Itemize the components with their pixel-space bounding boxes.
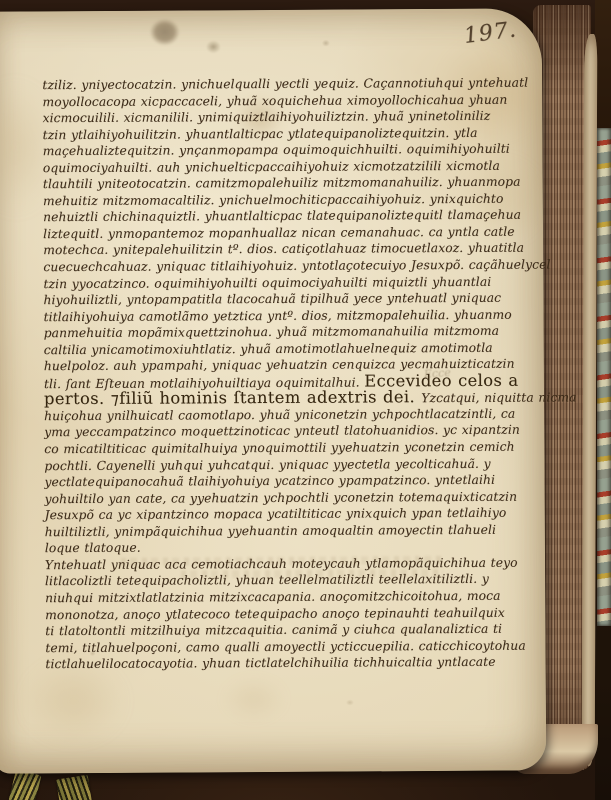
text-segment: tzin yyocatzinco. oquimihiyohuilti oquim…	[43, 274, 491, 290]
text-segment: Jesuxpõ ca yc xipantzinco mopaca ycatilt…	[45, 506, 507, 522]
text-segment: pochtli. Cayenelli yuhqui yuhcatqui. yni…	[44, 456, 490, 472]
text-segment: loque tlatoque.	[45, 541, 141, 556]
manuscript-line: niuhqui mitzixtlatlatzinia mitzixcacapan…	[45, 588, 485, 607]
manuscript-line: tictlahuelilocatocayotia. yhuan tictlate…	[45, 654, 485, 673]
manuscript-line: co micatiltiticac quimitalhuiya ynoquimo…	[44, 439, 484, 458]
text-segment: co micatiltiticac quimitalhuiya ynoquimo…	[44, 440, 514, 456]
text-segment: moyollocacopa xicpaccaceli, yhuã xoquich…	[42, 92, 507, 108]
manuscript-line: hiyohuiliztli, yntopampatitla tlacocahuã…	[43, 290, 483, 309]
text-segment: niuhqui mitzixtlatlatzinia mitzixcacapan…	[45, 589, 501, 605]
manuscript-line: xicmocuilili. xicmanilili. ynimiquiztlai…	[43, 108, 483, 127]
text-segment: tlauhtili yniteotocatzin. camitzmopalehu…	[43, 175, 521, 192]
text-segment: maçehualiztequitzin. ynçanmopampa oquimo…	[43, 142, 510, 158]
text-segment: xicmocuilili. xicmanilili. ynimiquiztlai…	[43, 109, 491, 125]
text-segment: yma yeccampatzinco moquettzinoticac ynte…	[44, 423, 520, 439]
text-segment: yectlatequipanocahuã tlaihiyohuiya ycatz…	[44, 473, 495, 489]
stain	[322, 40, 330, 47]
manuscript-line: panmehuitia mopãmixquettzinohua. yhuã mi…	[44, 323, 484, 342]
text-block: tziliz. yniyectocatzin. ynichuelqualli y…	[42, 75, 485, 673]
speck	[346, 699, 354, 705]
text-segment: mononotza, anoço ytlatecoco tetequipacho…	[45, 605, 505, 621]
text-segment: caltilia ynicamotimoxiuhtlatiz. yhuã amo…	[44, 341, 493, 357]
text-segment: yohuiltilo yan cate, ca yyehuatzin ychpo…	[45, 489, 518, 505]
stain	[150, 19, 180, 46]
marbled-paper-strip	[597, 128, 611, 626]
text-segment: litlacoliztli tetequipacholiztli, yhuan …	[45, 572, 489, 588]
text-segment: hiyohuiliztli, yntopampatitla tlacocahuã…	[43, 291, 501, 307]
text-segment: tzin ytlaihiyohuilitzin. yhuantlalticpac…	[43, 126, 478, 142]
manuscript-line: tlauhtili yniteotocatzin. camitzmopalehu…	[43, 174, 483, 193]
photograph-of-open-book: 197. tziliz. yniyectocatzin. ynichuelqua…	[0, 0, 611, 800]
stain	[222, 678, 286, 720]
text-segment: huiçohua ynilhuicatl caomotlapo. yhuã yn…	[44, 407, 515, 423]
manuscript-line: huiltiliztli, ynimpãquichihua yyehuantin…	[45, 522, 485, 541]
text-segment: cuecuechcahuaz. yniquac titlaihiyohuiz. …	[43, 258, 550, 275]
text-segment: motechca. ynitepalehuilitzin tº. dios. c…	[43, 241, 524, 258]
text-segment: mehuitiz mitzmomacaltiliz. ynichuelmochi…	[43, 192, 504, 208]
text-segment: Yzcatqui, niquitta nicma	[421, 391, 576, 406]
manuscript-line: ti tlatoltontli mitzilhuiya mitzcaquitia…	[45, 621, 485, 640]
manuscript-line: Jesuxpõ ca yc xipantzinco mopaca ycatilt…	[45, 505, 485, 524]
text-segment: huiltiliztli, ynimpãquichihua yyehuantin…	[45, 523, 496, 539]
bookmark-ribbon	[9, 769, 42, 800]
manuscript-line: tziliz. yniyectocatzin. ynichuelqualli y…	[42, 75, 482, 94]
page-edge-sliver	[582, 34, 598, 766]
text-segment: temi, titlahuelpoçoni, camo qualli amoye…	[45, 638, 525, 655]
text-segment: Yntehuatl yniquac aca cemotiachcauh mote…	[45, 556, 518, 572]
folio-number: 197.	[462, 17, 518, 49]
stain	[206, 40, 221, 53]
manuscript-page: 197. tziliz. yniyectocatzin. ynichuelqua…	[0, 8, 546, 773]
text-segment: ti tlatoltontli mitzilhuiya mitzcaquitia…	[45, 622, 502, 638]
text-segment: pertos. ⁊filiũ hominis ſtantem adextris …	[44, 388, 421, 409]
stain	[304, 26, 313, 34]
text-segment: titlaihiyohuiya camotlãmo yetztica yntº.…	[44, 307, 512, 323]
text-segment: tziliz. yniyectocatzin. ynichuelqualli y…	[42, 76, 528, 93]
text-segment: tictlahuelilocatocayotia. yhuan tictlate…	[45, 655, 495, 671]
text-segment: oquimociyahuilti. auh ynichuelticpaccaih…	[43, 159, 500, 175]
manuscript-line: cuecuechcahuaz. yniquac titlaihiyohuiz. …	[43, 257, 483, 276]
text-segment: liztequitl. ynmopantemoz mopanhuallaz ni…	[43, 225, 515, 241]
marginal-annotation: Ecce	[423, 366, 451, 381]
bookmark-ribbon	[56, 775, 92, 800]
manuscript-line: maçehualiztequitzin. ynçanmopampa oquimo…	[43, 141, 483, 160]
text-segment: nehuiztli chichinaquiztli. yhuantlalticp…	[43, 208, 521, 225]
text-segment: panmehuitia mopãmixquettzinohua. yhuã mi…	[44, 324, 499, 340]
manuscript-line: yectlatequipanocahuã tlaihiyohuiya ycatz…	[44, 472, 484, 491]
